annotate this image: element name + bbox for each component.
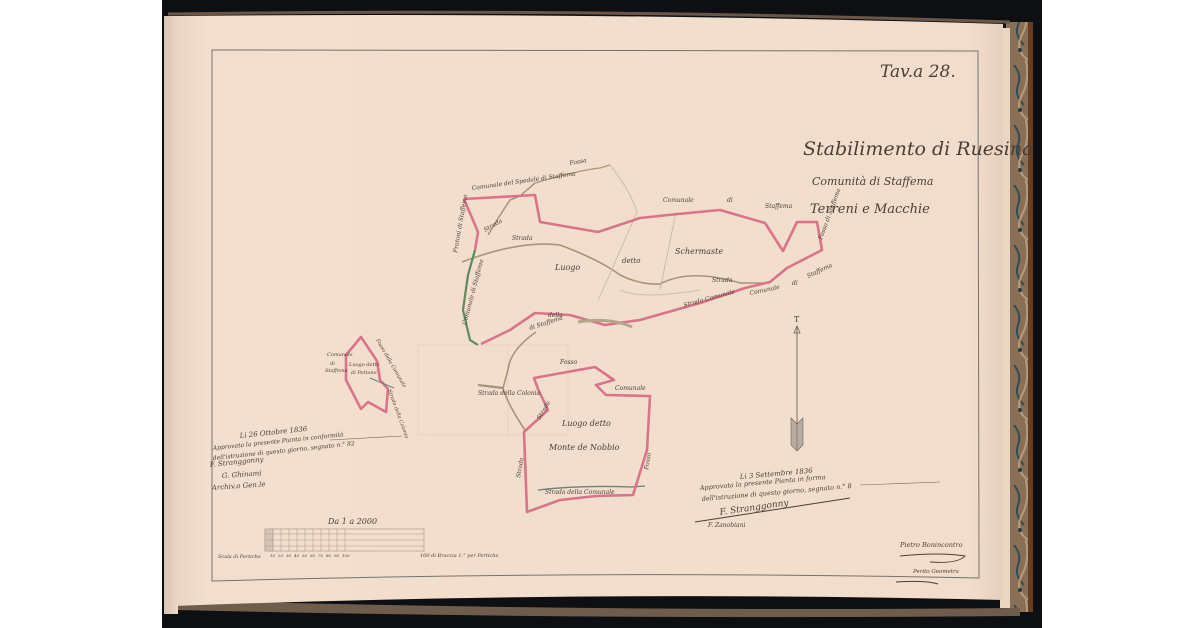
- map-subtitle-community: Comunità di Staffema: [812, 175, 934, 188]
- svg-text:Fosso: Fosso: [559, 359, 578, 366]
- svg-text:Da 1 a 2000: Da 1 a 2000: [327, 517, 377, 526]
- svg-text:della: della: [548, 312, 563, 319]
- svg-text:10: 10: [270, 553, 276, 558]
- svg-text:60: 60: [310, 553, 316, 558]
- map-title: Stabilimento di Ruesina: [803, 138, 1033, 160]
- svg-text:40: 40: [293, 553, 300, 558]
- west-parcel-label-1: Luogo detto: [348, 362, 380, 368]
- svg-text:100 di Braccia 1.° per Pertich: 100 di Braccia 1.° per Pertiche: [420, 553, 498, 559]
- svg-text:Staffema: Staffema: [765, 203, 793, 210]
- svg-text:Perito Geometra: Perito Geometra: [912, 569, 959, 575]
- svg-text:T: T: [794, 315, 800, 324]
- svg-text:100: 100: [342, 553, 350, 558]
- map-plate: Tav.a 28. Stabilimento di Ruesina Comuni…: [0, 0, 1200, 628]
- paper-sheet: [174, 15, 1003, 606]
- svg-text:Strada: Strada: [712, 277, 733, 284]
- svg-text:Strada della Colonia: Strada della Colonia: [478, 390, 541, 397]
- south-parcel-label-2: Monte de Nobbio: [548, 443, 620, 452]
- west-parcel-label-2: di Pettone: [351, 370, 377, 376]
- svg-text:Pietro Bonincontro: Pietro Bonincontro: [899, 541, 963, 549]
- svg-text:Comunale: Comunale: [663, 197, 694, 204]
- book-binding: [1000, 22, 1033, 612]
- svg-text:30: 30: [286, 553, 292, 558]
- svg-text:Strada della Comunale: Strada della Comunale: [545, 489, 615, 496]
- svg-text:90: 90: [334, 553, 340, 558]
- north-parcel-label-luogo: Luogo: [554, 263, 580, 272]
- svg-text:F. Zanobiani: F. Zanobiani: [707, 522, 745, 529]
- plate-number: Tav.a 28.: [880, 62, 956, 82]
- svg-text:di: di: [727, 197, 733, 204]
- north-parcel-label-detto: detto: [622, 257, 640, 265]
- book-bottom-edge: [175, 600, 1020, 617]
- svg-text:50: 50: [302, 553, 308, 558]
- north-parcel-label-name: Schermaste: [675, 247, 723, 256]
- south-parcel-label-1: Luogo detto: [561, 419, 611, 428]
- svg-text:di: di: [792, 280, 798, 287]
- svg-text:Strada: Strada: [512, 235, 533, 242]
- svg-text:Staffema: Staffema: [325, 368, 348, 374]
- svg-text:Comunale: Comunale: [327, 352, 353, 358]
- svg-text:di: di: [330, 361, 335, 367]
- svg-text:20: 20: [277, 553, 284, 558]
- svg-text:80: 80: [326, 553, 332, 558]
- svg-text:Scala di Pertiche: Scala di Pertiche: [218, 554, 261, 560]
- svg-text:70: 70: [318, 553, 324, 558]
- svg-text:Comunale: Comunale: [615, 385, 646, 392]
